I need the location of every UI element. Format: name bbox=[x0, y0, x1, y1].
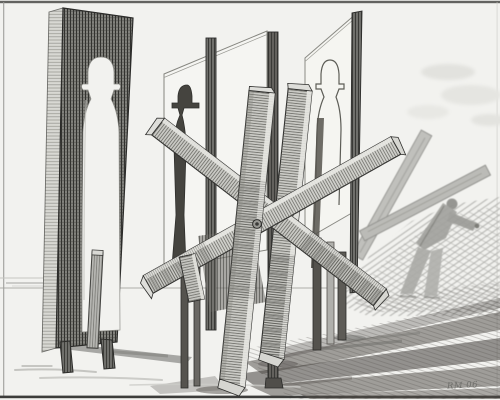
ink-drawing: RM 06 bbox=[0, 0, 500, 400]
left-panel bbox=[42, 8, 133, 373]
signature: RM 06 bbox=[446, 380, 479, 392]
hub-bolt bbox=[253, 220, 262, 229]
signature-text: RM 06 bbox=[446, 380, 479, 392]
artwork-canvas: RM 06 bbox=[0, 0, 500, 400]
